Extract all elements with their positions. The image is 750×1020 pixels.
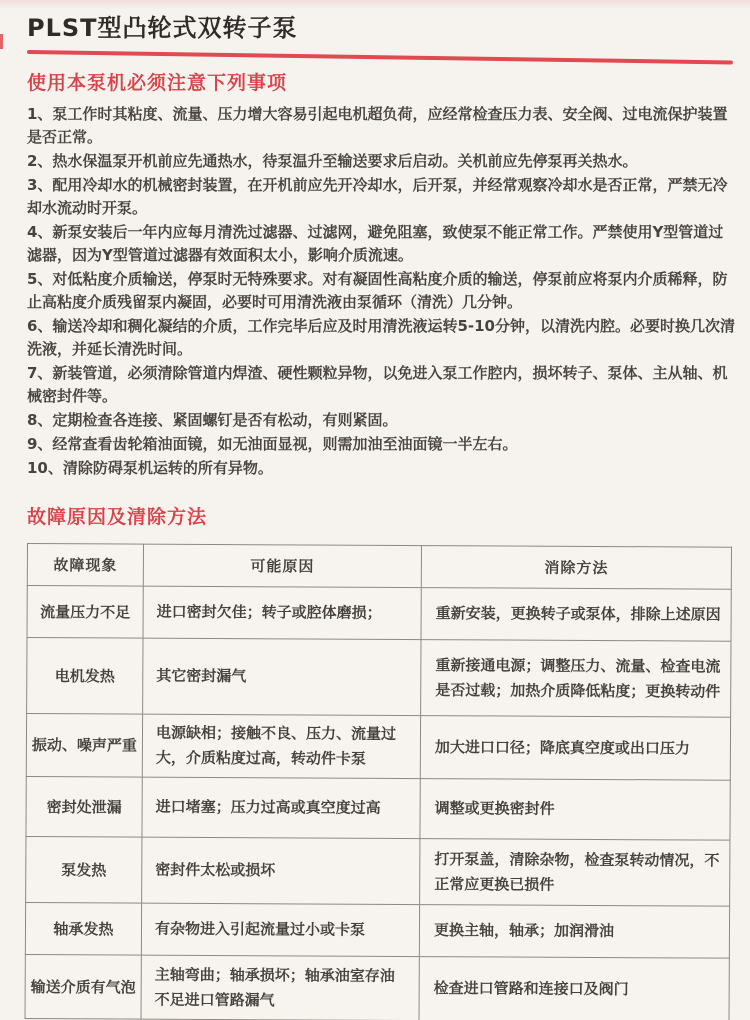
notice-item: 8、定期检查各连接、紧固螺钉是否有松动，有则紧固。 xyxy=(27,409,736,432)
table-row: 振动、噪声严重 电源缺相；接触不良、压力、流量过大，介质粘度过高，转动件卡泵 加… xyxy=(26,714,730,781)
table-row: 轴承发热 有杂物进入引起流量过小或卡泵 更换主轴，轴承；加润滑油 xyxy=(25,902,729,958)
cell-solution: 调整或更换密封件 xyxy=(420,779,730,841)
notice-item: 3、配用冷却水的机械密封装置，在开机前应先开冷却水，后开泵，并经常观察冷却水是否… xyxy=(27,174,736,220)
cell-phenomenon: 泵发热 xyxy=(26,836,142,903)
scan-edge-mark xyxy=(0,34,3,49)
notice-item: 4、新泵安装后一年内应每月清洗过滤器、过滤网，避免阻塞，致使泵不能正常工作。严禁… xyxy=(27,221,736,267)
notice-item: 6、输送冷却和稠化凝结的介质，工作完毕后应及时用清洗液运转5-10分钟，以清洗内… xyxy=(27,315,736,361)
cell-solution: 更换主轴，轴承；加润滑油 xyxy=(419,905,729,959)
table-row: 输送介质有气泡 主轴弯曲；轴承损坏；轴承油室存油不足进口管路漏气 检查进口管路和… xyxy=(25,954,729,1020)
notice-item: 5、对低粘度介质输送，停泵时无特殊要求。对有凝固性高粘度介质的输送，停泵前应将泵… xyxy=(27,268,736,314)
cell-solution: 加大进口口径；降底真空度或出口压力 xyxy=(420,716,730,781)
cell-cause: 主轴弯曲；轴承损坏；轴承油室存油不足进口管路漏气 xyxy=(141,955,419,1020)
notice-item: 2、热水保温泵开机前应先通热水，待泵温升至输送要求后启动。关机前应先停泵再关热水… xyxy=(27,150,736,173)
column-header-cause: 可能原因 xyxy=(143,544,421,587)
troubleshooting-table: 故障现象 可能原因 消除方法 流量压力不足 进口密封欠佳；转子或腔体磨损； 重新… xyxy=(25,543,732,1020)
notices-list: 1、泵工作时其粘度、流量、压力增大容易引起电机超负荷，应经常检查压力表、安全阀、… xyxy=(27,103,736,480)
cell-cause: 有杂物进入引起流量过小或卡泵 xyxy=(141,903,419,956)
cell-solution: 重新接通电源；调整压力、流量、检查电流是否过载；加热介质降低粘度；更换转动件 xyxy=(421,640,731,718)
cell-phenomenon: 输送介质有气泡 xyxy=(25,954,141,1019)
table-row: 电机发热 其它密封漏气 重新接通电源；调整压力、流量、检查电流是否过载；加热介质… xyxy=(27,638,731,718)
table-row: 泵发热 密封件太松或损坏 打开泵盖，清除杂物，检查泵转动情况，不正常应更换已损件 xyxy=(26,836,730,906)
notice-item: 9、经常查看齿轮箱油面镜，如无油面显视，则需加油至油面镜一半左右。 xyxy=(27,433,736,456)
troubleshooting-heading: 故障原因及清除方法 xyxy=(27,505,734,529)
column-header-phenomenon: 故障现象 xyxy=(27,544,143,587)
cell-cause: 密封件太松或损坏 xyxy=(142,837,420,904)
page-title: PLST型凸轮式双转子泵 xyxy=(27,13,734,43)
cell-solution: 打开泵盖，清除杂物，检查泵转动情况，不正常应更换已损件 xyxy=(420,839,730,907)
cell-phenomenon: 轴承发热 xyxy=(25,902,141,955)
cell-solution: 重新安装，更换转子或泵体，排除上述原因 xyxy=(421,588,731,642)
cell-solution: 检查进口管路和连接口及阀门 xyxy=(419,957,729,1020)
cell-cause: 进口密封欠佳；转子或腔体磨损； xyxy=(143,586,421,639)
notice-item: 7、新装管道，必须清除管道内焊渣、硬性颗粒异物，以免进入泵工作腔内，损坏转子、泵… xyxy=(27,362,736,408)
cell-phenomenon: 密封处泄漏 xyxy=(26,776,142,837)
cell-cause: 其它密封漏气 xyxy=(143,638,421,715)
cell-cause: 进口堵塞；压力过高或真空度过高 xyxy=(142,777,420,838)
document-page: PLST型凸轮式双转子泵 使用本泵机必须注意下列事项 1、泵工作时其粘度、流量、… xyxy=(0,0,750,1020)
table-row: 流量压力不足 进口密封欠佳；转子或腔体磨损； 重新安装，更换转子或泵体，排除上述… xyxy=(27,586,731,642)
notices-heading: 使用本泵机必须注意下列事项 xyxy=(27,71,734,95)
cell-phenomenon: 电机发热 xyxy=(27,638,143,715)
notice-item: 10、清除防碍泵机运转的所有异物。 xyxy=(27,457,736,480)
cell-cause: 电源缺相；接触不良、压力、流量过大，介质粘度过高，转动件卡泵 xyxy=(142,714,420,778)
table-header-row: 故障现象 可能原因 消除方法 xyxy=(27,544,731,590)
column-header-solution: 消除方法 xyxy=(421,546,731,590)
table-row: 密封处泄漏 进口堵塞；压力过高或真空度过高 调整或更换密封件 xyxy=(26,776,730,840)
title-underline-rule xyxy=(27,50,733,64)
cell-phenomenon: 振动、噪声严重 xyxy=(26,714,142,778)
cell-phenomenon: 流量压力不足 xyxy=(27,586,143,639)
notice-item: 1、泵工作时其粘度、流量、压力增大容易引起电机超负荷，应经常检查压力表、安全阀、… xyxy=(27,103,736,149)
